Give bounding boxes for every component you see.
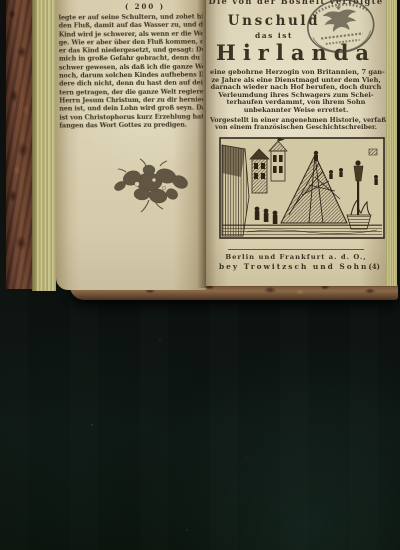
text-line: fangen das Wort Gottes zu predigen. bbox=[59, 120, 203, 129]
imprint-publisher: bey Trowitzsch und Sohn. bbox=[206, 262, 386, 271]
left-page-fore-edge bbox=[32, 0, 56, 291]
imprint-rule bbox=[228, 249, 364, 250]
imprint-place: Berlin und Frankfurt a. d. O., bbox=[206, 253, 386, 261]
signature-mark: (4) bbox=[369, 262, 381, 271]
woodcut-execution-scene bbox=[219, 137, 385, 240]
left-page: ( 200 ) legte er auf seine Schultern, un… bbox=[56, 0, 206, 290]
right-page-fore-edge bbox=[386, 0, 397, 286]
page-number: ( 200 ) bbox=[56, 2, 206, 11]
right-title-page: Die von der Bosheit verfolgte Unschuld d… bbox=[206, 0, 386, 286]
subtitle-block: eine gebohrne Herzogin von Britannien, 7… bbox=[210, 69, 382, 115]
left-page-text-block: legte er auf seine Schultern, und zohet … bbox=[59, 12, 204, 129]
open-book: ( 200 ) legte er auf seine Schultern, un… bbox=[0, 0, 400, 302]
subtitle-line: unbekannter Weise errettet. bbox=[210, 107, 382, 115]
circular-eagle-ink-stamp bbox=[296, 0, 386, 67]
floral-tailpiece-ornament bbox=[102, 156, 196, 220]
marbled-cover-edge bbox=[6, 0, 32, 289]
note-block: Vorgestellt in einer angenehmen Historie… bbox=[210, 117, 382, 132]
note-line: von einem französischen Geschichtschreib… bbox=[210, 124, 382, 131]
photo-of-open-antique-book: ( 200 ) legte er auf seine Schultern, un… bbox=[0, 0, 400, 550]
